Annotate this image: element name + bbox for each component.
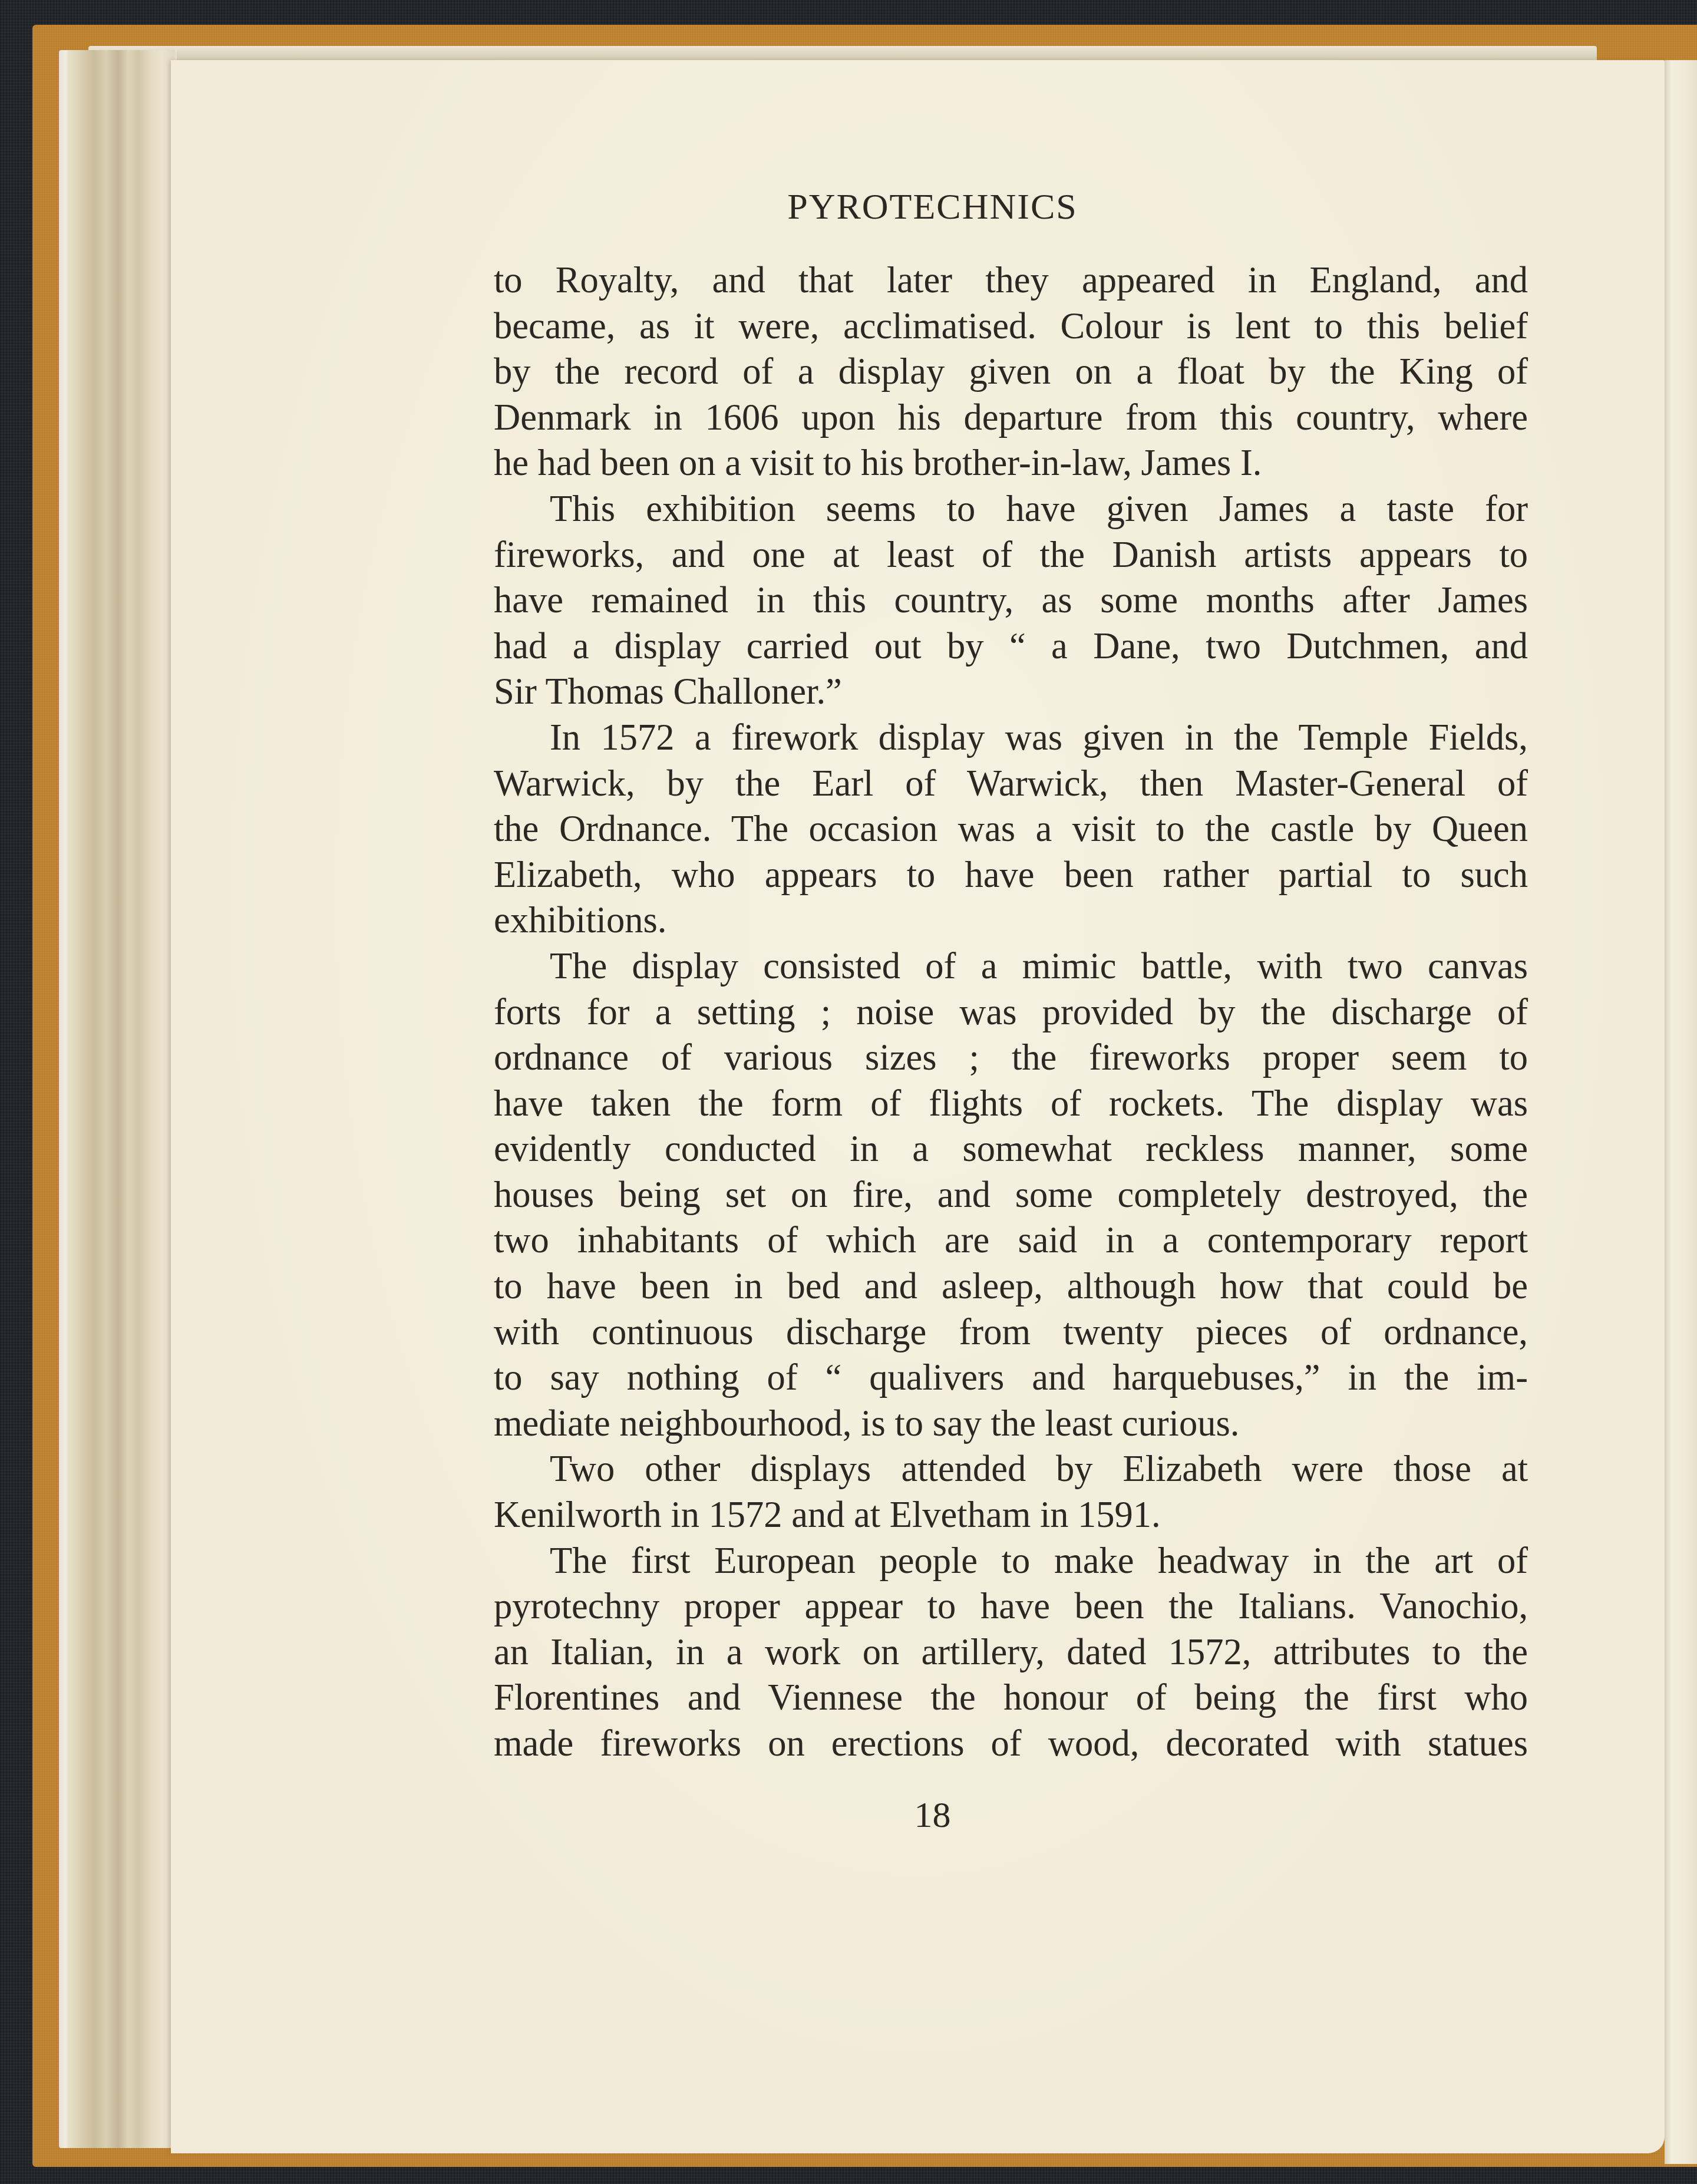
- body-text: to Royalty, and that later they appeared…: [494, 258, 1528, 1767]
- text-line: two inhabitants of which are said in a c…: [494, 1218, 1528, 1263]
- paragraph: to Royalty, and that later they appeared…: [494, 258, 1528, 486]
- text-line: to have been in bed and asleep, although…: [494, 1263, 1528, 1309]
- text-line: Warwick, by the Earl of Warwick, then Ma…: [494, 761, 1528, 807]
- text-line: he had been on a visit to his brother-in…: [494, 440, 1528, 486]
- text-line: fireworks, and one at least of the Danis…: [494, 532, 1528, 578]
- text-line: The first European people to make headwa…: [494, 1538, 1528, 1584]
- text-line: an Italian, in a work on artillery, date…: [494, 1629, 1528, 1675]
- paragraph: The display consisted of a mimic battle,…: [494, 943, 1528, 1447]
- text-line: pyrotechny proper appear to have been th…: [494, 1583, 1528, 1629]
- page-stack-left-edge: [59, 50, 177, 2148]
- text-line: by the record of a display given on a fl…: [494, 349, 1528, 395]
- text-line: became, as it were, acclimatised. Colour…: [494, 303, 1528, 349]
- paragraph: The first European people to make headwa…: [494, 1538, 1528, 1767]
- paragraph: This exhibition seems to have given Jame…: [494, 486, 1528, 715]
- text-line: made fireworks on erections of wood, dec…: [494, 1721, 1528, 1767]
- text-line: the Ordnance. The occasion was a visit t…: [494, 806, 1528, 852]
- text-line: The display consisted of a mimic battle,…: [494, 943, 1528, 989]
- running-head: PYROTECHNICS: [171, 186, 1665, 228]
- text-line: Florentines and Viennese the honour of b…: [494, 1675, 1528, 1721]
- text-line: to say nothing of “ qualivers and harque…: [494, 1355, 1528, 1401]
- text-line: This exhibition seems to have given Jame…: [494, 486, 1528, 532]
- text-line: forts for a setting ; noise was provided…: [494, 989, 1528, 1035]
- text-line: mediate neighbourhood, is to say the lea…: [494, 1401, 1528, 1447]
- text-line: In 1572 a firework display was given in …: [494, 715, 1528, 761]
- text-line: evidently conducted in a somewhat reckle…: [494, 1126, 1528, 1172]
- text-line: with continuous discharge from twenty pi…: [494, 1309, 1528, 1355]
- text-line: have remained in this country, as some m…: [494, 578, 1528, 623]
- text-line: houses being set on fire, and some compl…: [494, 1172, 1528, 1218]
- text-line: exhibitions.: [494, 898, 1528, 943]
- paragraph: Two other displays attended by Elizabeth…: [494, 1446, 1528, 1538]
- next-page-edge: [1665, 60, 1697, 2164]
- text-line: have taken the form of flights of rocket…: [494, 1081, 1528, 1127]
- page-number: 18: [171, 1794, 1665, 1836]
- text-line: Elizabeth, who appears to have been rath…: [494, 852, 1528, 898]
- book-page: PYROTECHNICS to Royalty, and that later …: [171, 60, 1665, 2153]
- text-line: had a display carried out by “ a Dane, t…: [494, 623, 1528, 669]
- text-line: Two other displays attended by Elizabeth…: [494, 1446, 1528, 1492]
- text-line: Sir Thomas Challoner.”: [494, 669, 1528, 715]
- paragraph: In 1572 a firework display was given in …: [494, 715, 1528, 943]
- text-line: Denmark in 1606 upon his departure from …: [494, 395, 1528, 441]
- text-line: Kenilworth in 1572 and at Elvetham in 15…: [494, 1492, 1528, 1538]
- text-line: ordnance of various sizes ; the firework…: [494, 1035, 1528, 1081]
- text-line: to Royalty, and that later they appeared…: [494, 258, 1528, 303]
